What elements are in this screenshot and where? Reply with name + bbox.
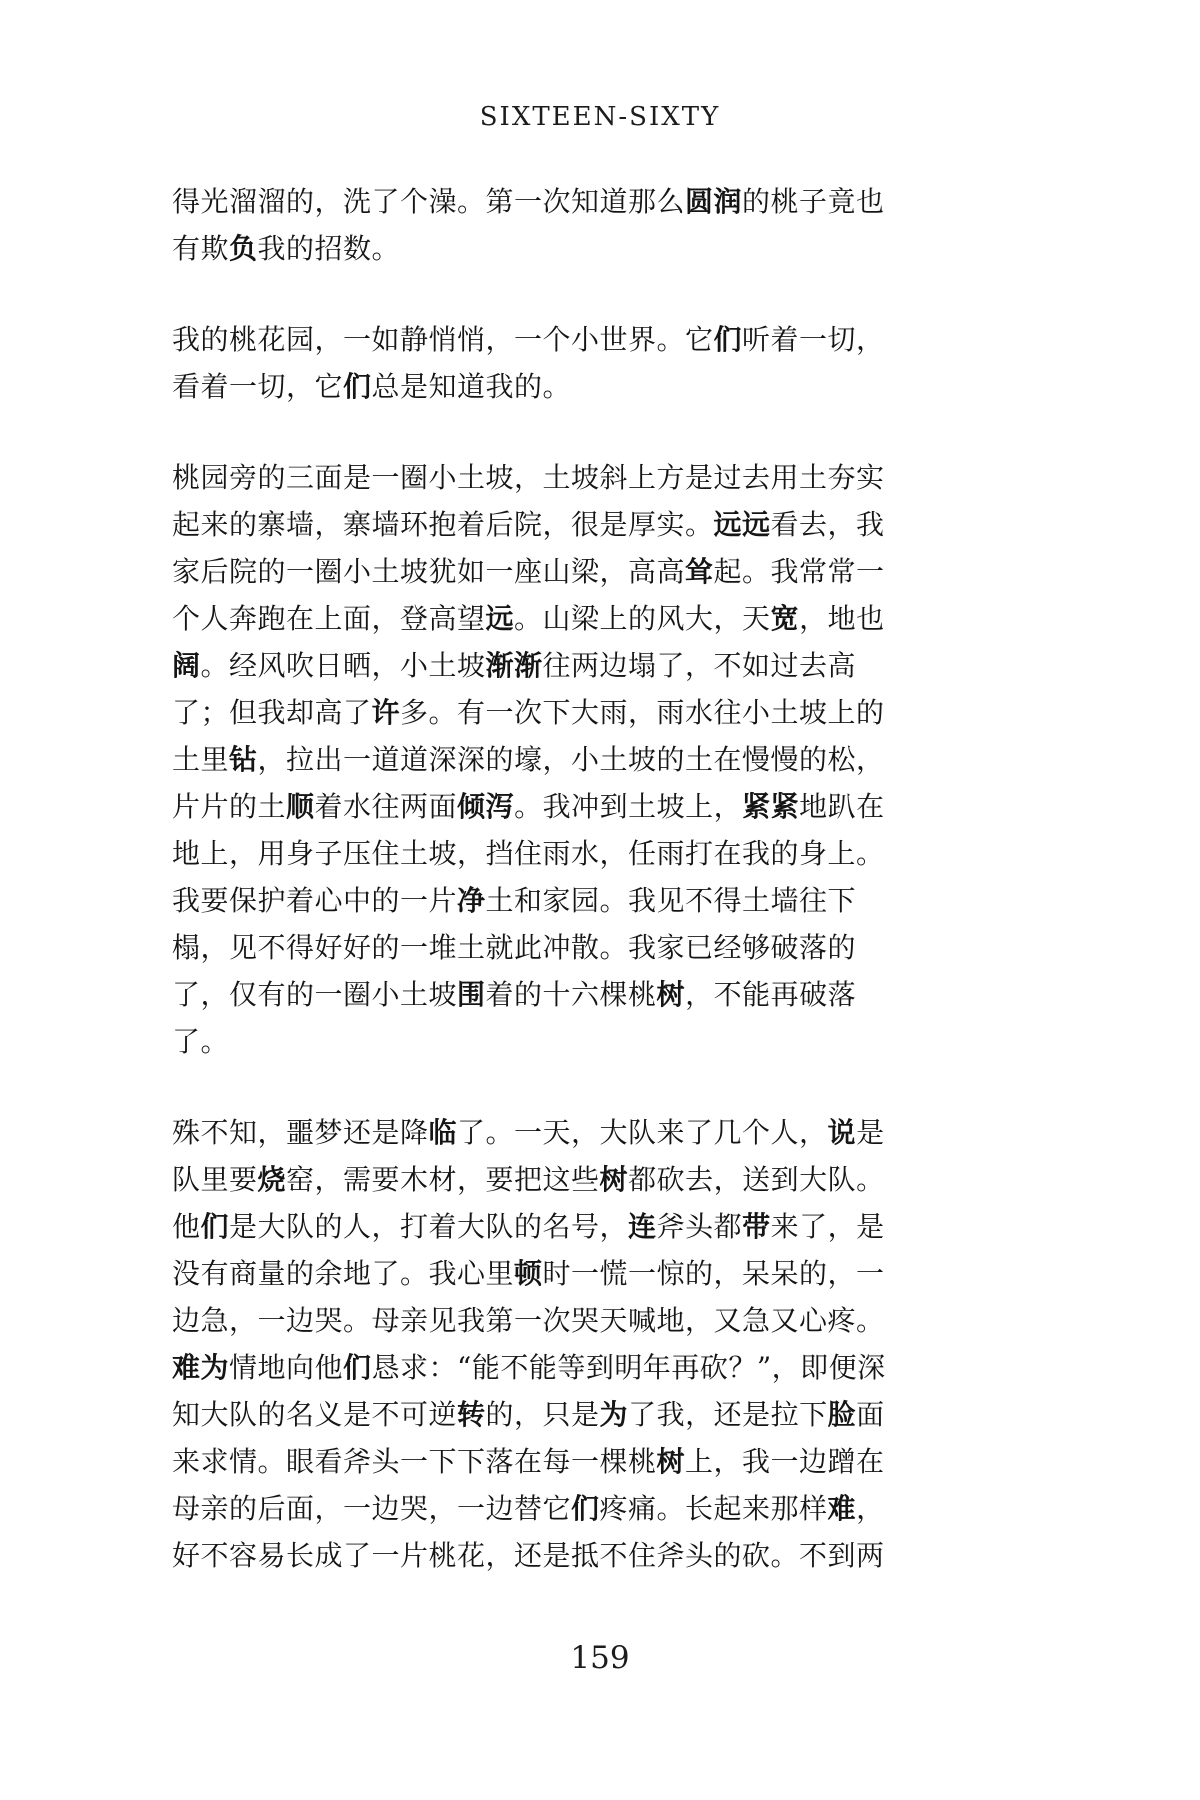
text-line: 了；但我却高了许多。有一次下大雨，雨水往小土坡上的 bbox=[172, 689, 888, 736]
emphasis-text: 为 bbox=[600, 1398, 629, 1431]
body-text: 是大队的人，打着大队的名号， bbox=[229, 1210, 628, 1243]
body-text: 了；但我却高了 bbox=[172, 696, 372, 729]
body-text: 是 bbox=[856, 1116, 885, 1149]
emphasis-text: 说 bbox=[828, 1116, 857, 1149]
emphasis-text: 连 bbox=[628, 1210, 657, 1243]
body-text: 他 bbox=[172, 1210, 201, 1243]
body-text: 榻，见不得好好的一堆土就此冲散。我家已经够破落的 bbox=[172, 931, 856, 964]
emphasis-text: 们 bbox=[571, 1492, 600, 1525]
text-line: 个人奔跑在上面，登高望远。山梁上的风大，天宽，地也 bbox=[172, 595, 888, 642]
text-line: 了。 bbox=[172, 1018, 888, 1065]
emphasis-text: 们 bbox=[343, 1351, 372, 1384]
emphasis-text: 紧紧 bbox=[742, 790, 799, 823]
body-text: 来求情。眼看斧头一下下落在每一棵桃 bbox=[172, 1445, 657, 1478]
emphasis-text: 烧 bbox=[258, 1163, 287, 1196]
body-text: ，地也 bbox=[799, 602, 885, 635]
body-text: 着的十六棵桃 bbox=[486, 978, 657, 1011]
text-line: 知大队的名义是不可逆转的，只是为了我，还是拉下脸面 bbox=[172, 1391, 888, 1438]
emphasis-text: 带 bbox=[742, 1210, 771, 1243]
body-text: 上，我一边蹭在 bbox=[685, 1445, 885, 1478]
text-line: 来求情。眼看斧头一下下落在每一棵桃树上，我一边蹭在 bbox=[172, 1438, 888, 1485]
emphasis-text: 阔 bbox=[172, 649, 201, 682]
emphasis-text: 临 bbox=[429, 1116, 458, 1149]
body-text: 我的招数。 bbox=[258, 232, 401, 265]
emphasis-text: 负 bbox=[229, 232, 258, 265]
body-text: 时一慌一惊的，呆呆的，一 bbox=[543, 1257, 885, 1290]
body-text: 多。有一次下大雨，雨水往小土坡上的 bbox=[400, 696, 885, 729]
body-text: 家后院的一圈小土坡犹如一座山梁，高高 bbox=[172, 555, 685, 588]
running-header: SIXTEEN-SIXTY bbox=[0, 102, 1200, 132]
emphasis-text: 树 bbox=[600, 1163, 629, 1196]
body-text: 有欺 bbox=[172, 232, 229, 265]
body-text: 总是知道我的。 bbox=[372, 370, 572, 403]
emphasis-text: 树 bbox=[657, 978, 686, 1011]
page-body-text: 得光溜溜的，洗了个澡。第一次知道那么圆润的桃子竟也有欺负我的招数。我的桃花园，一… bbox=[172, 178, 888, 1579]
body-text: 个人奔跑在上面，登高望 bbox=[172, 602, 486, 635]
body-text: 。经风吹日晒，小土坡 bbox=[201, 649, 486, 682]
body-text: 。山梁上的风大，天 bbox=[514, 602, 771, 635]
body-text: ，不能再破落 bbox=[685, 978, 856, 1011]
body-text: 的桃子竟也 bbox=[742, 185, 885, 218]
body-text: 斧头都 bbox=[657, 1210, 743, 1243]
body-text: 了。一天，大队来了几个人， bbox=[457, 1116, 828, 1149]
text-line: 队里要烧窑，需要木材，要把这些树都砍去，送到大队。 bbox=[172, 1156, 888, 1203]
body-text: 殊不知，噩梦还是降 bbox=[172, 1116, 429, 1149]
paragraph: 我的桃花园，一如静悄悄，一个小世界。它们听着一切，看着一切，它们总是知道我的。 bbox=[172, 316, 888, 410]
emphasis-text: 难 bbox=[828, 1492, 857, 1525]
emphasis-text: 许 bbox=[372, 696, 401, 729]
emphasis-text: 顿 bbox=[514, 1257, 543, 1290]
body-text: 土和家园。我见不得土墙往下 bbox=[486, 884, 857, 917]
emphasis-text: 围 bbox=[457, 978, 486, 1011]
page-number: 159 bbox=[0, 1640, 1200, 1676]
body-text: 着水往两面 bbox=[315, 790, 458, 823]
body-text: 队里要 bbox=[172, 1163, 258, 1196]
body-text: 恳求：“能不能等到明年再砍？”，即便深 bbox=[372, 1351, 886, 1384]
emphasis-text: 宽 bbox=[771, 602, 800, 635]
emphasis-text: 圆润 bbox=[685, 185, 742, 218]
text-line: 家后院的一圈小土坡犹如一座山梁，高高耸起。我常常一 bbox=[172, 548, 888, 595]
emphasis-text: 耸 bbox=[685, 555, 714, 588]
body-text: 疼痛。长起来那样 bbox=[600, 1492, 828, 1525]
body-text: 来了，是 bbox=[771, 1210, 885, 1243]
body-text: 起。我常常一 bbox=[714, 555, 885, 588]
body-text: 。我冲到土坡上， bbox=[514, 790, 742, 823]
text-line: 得光溜溜的，洗了个澡。第一次知道那么圆润的桃子竟也 bbox=[172, 178, 888, 225]
text-line: 桃园旁的三面是一圈小土坡，土坡斜上方是过去用土夯实 bbox=[172, 454, 888, 501]
text-line: 难为情地向他们恳求：“能不能等到明年再砍？”，即便深 bbox=[172, 1344, 888, 1391]
paragraph: 殊不知，噩梦还是降临了。一天，大队来了几个人，说是队里要烧窑，需要木材，要把这些… bbox=[172, 1109, 888, 1579]
emphasis-text: 转 bbox=[457, 1398, 486, 1431]
body-text: 起来的寨墙，寨墙环抱着后院，很是厚实。 bbox=[172, 508, 714, 541]
body-text: 边急，一边哭。母亲见我第一次哭天喊地，又急又心疼。 bbox=[172, 1304, 885, 1337]
body-text: 片片的土 bbox=[172, 790, 286, 823]
emphasis-text: 脸 bbox=[828, 1398, 857, 1431]
body-text: 窑，需要木材，要把这些 bbox=[286, 1163, 600, 1196]
body-text: 听着一切， bbox=[742, 323, 885, 356]
text-line: 有欺负我的招数。 bbox=[172, 225, 888, 272]
text-line: 他们是大队的人，打着大队的名号，连斧头都带来了，是 bbox=[172, 1203, 888, 1250]
emphasis-text: 倾泻 bbox=[457, 790, 514, 823]
body-text: 地上，用身子压住土坡，挡住雨水，任雨打在我的身上。 bbox=[172, 837, 885, 870]
text-line: 土里钻，拉出一道道深深的壕，小土坡的土在慢慢的松， bbox=[172, 736, 888, 783]
text-line: 我要保护着心中的一片净土和家园。我见不得土墙往下 bbox=[172, 877, 888, 924]
emphasis-text: 远 bbox=[486, 602, 515, 635]
text-line: 地上，用身子压住土坡，挡住雨水，任雨打在我的身上。 bbox=[172, 830, 888, 877]
text-line: 阔。经风吹日晒，小土坡渐渐往两边塌了，不如过去高 bbox=[172, 642, 888, 689]
text-line: 起来的寨墙，寨墙环抱着后院，很是厚实。远远看去，我 bbox=[172, 501, 888, 548]
paragraph: 得光溜溜的，洗了个澡。第一次知道那么圆润的桃子竟也有欺负我的招数。 bbox=[172, 178, 888, 272]
text-line: 没有商量的余地了。我心里顿时一慌一惊的，呆呆的，一 bbox=[172, 1250, 888, 1297]
text-line: 母亲的后面，一边哭，一边替它们疼痛。长起来那样难， bbox=[172, 1485, 888, 1532]
paragraph: 桃园旁的三面是一圈小土坡，土坡斜上方是过去用土夯实起来的寨墙，寨墙环抱着后院，很… bbox=[172, 454, 888, 1065]
emphasis-text: 钻 bbox=[229, 743, 258, 776]
body-text: 地趴在 bbox=[799, 790, 885, 823]
emphasis-text: 顺 bbox=[286, 790, 315, 823]
text-line: 边急，一边哭。母亲见我第一次哭天喊地，又急又心疼。 bbox=[172, 1297, 888, 1344]
text-line: 榻，见不得好好的一堆土就此冲散。我家已经够破落的 bbox=[172, 924, 888, 971]
text-line: 我的桃花园，一如静悄悄，一个小世界。它们听着一切， bbox=[172, 316, 888, 363]
emphasis-text: 树 bbox=[657, 1445, 686, 1478]
text-line: 看着一切，它们总是知道我的。 bbox=[172, 363, 888, 410]
body-text: 往两边塌了，不如过去高 bbox=[543, 649, 857, 682]
body-text: 了我，还是拉下 bbox=[628, 1398, 828, 1431]
body-text: 知大队的名义是不可逆 bbox=[172, 1398, 457, 1431]
body-text: 了。 bbox=[172, 1025, 229, 1058]
emphasis-text: 净 bbox=[457, 884, 486, 917]
body-text: 都砍去，送到大队。 bbox=[628, 1163, 885, 1196]
body-text: 了，仅有的一圈小土坡 bbox=[172, 978, 457, 1011]
emphasis-text: 们 bbox=[201, 1210, 230, 1243]
body-text: 情地向他 bbox=[229, 1351, 343, 1384]
body-text: ，拉出一道道深深的壕，小土坡的土在慢慢的松， bbox=[258, 743, 885, 776]
emphasis-text: 们 bbox=[714, 323, 743, 356]
body-text: 好不容易长成了一片桃花，还是抵不住斧头的砍。不到两 bbox=[172, 1539, 885, 1572]
text-line: 好不容易长成了一片桃花，还是抵不住斧头的砍。不到两 bbox=[172, 1532, 888, 1579]
body-text: 我要保护着心中的一片 bbox=[172, 884, 457, 917]
body-text: 看着一切，它 bbox=[172, 370, 343, 403]
body-text: 我的桃花园，一如静悄悄，一个小世界。它 bbox=[172, 323, 714, 356]
body-text: ， bbox=[856, 1492, 885, 1525]
body-text: 看去，我 bbox=[771, 508, 885, 541]
body-text: 桃园旁的三面是一圈小土坡，土坡斜上方是过去用土夯实 bbox=[172, 461, 885, 494]
body-text: 的，只是 bbox=[486, 1398, 600, 1431]
body-text: 土里 bbox=[172, 743, 229, 776]
body-text: 面 bbox=[856, 1398, 885, 1431]
body-text: 得光溜溜的，洗了个澡。第一次知道那么 bbox=[172, 185, 685, 218]
body-text: 母亲的后面，一边哭，一边替它 bbox=[172, 1492, 571, 1525]
emphasis-text: 远远 bbox=[714, 508, 771, 541]
emphasis-text: 们 bbox=[343, 370, 372, 403]
emphasis-text: 难为 bbox=[172, 1351, 229, 1384]
text-line: 了，仅有的一圈小土坡围着的十六棵桃树，不能再破落 bbox=[172, 971, 888, 1018]
body-text: 没有商量的余地了。我心里 bbox=[172, 1257, 514, 1290]
text-line: 殊不知，噩梦还是降临了。一天，大队来了几个人，说是 bbox=[172, 1109, 888, 1156]
emphasis-text: 渐渐 bbox=[486, 649, 543, 682]
text-line: 片片的土顺着水往两面倾泻。我冲到土坡上，紧紧地趴在 bbox=[172, 783, 888, 830]
